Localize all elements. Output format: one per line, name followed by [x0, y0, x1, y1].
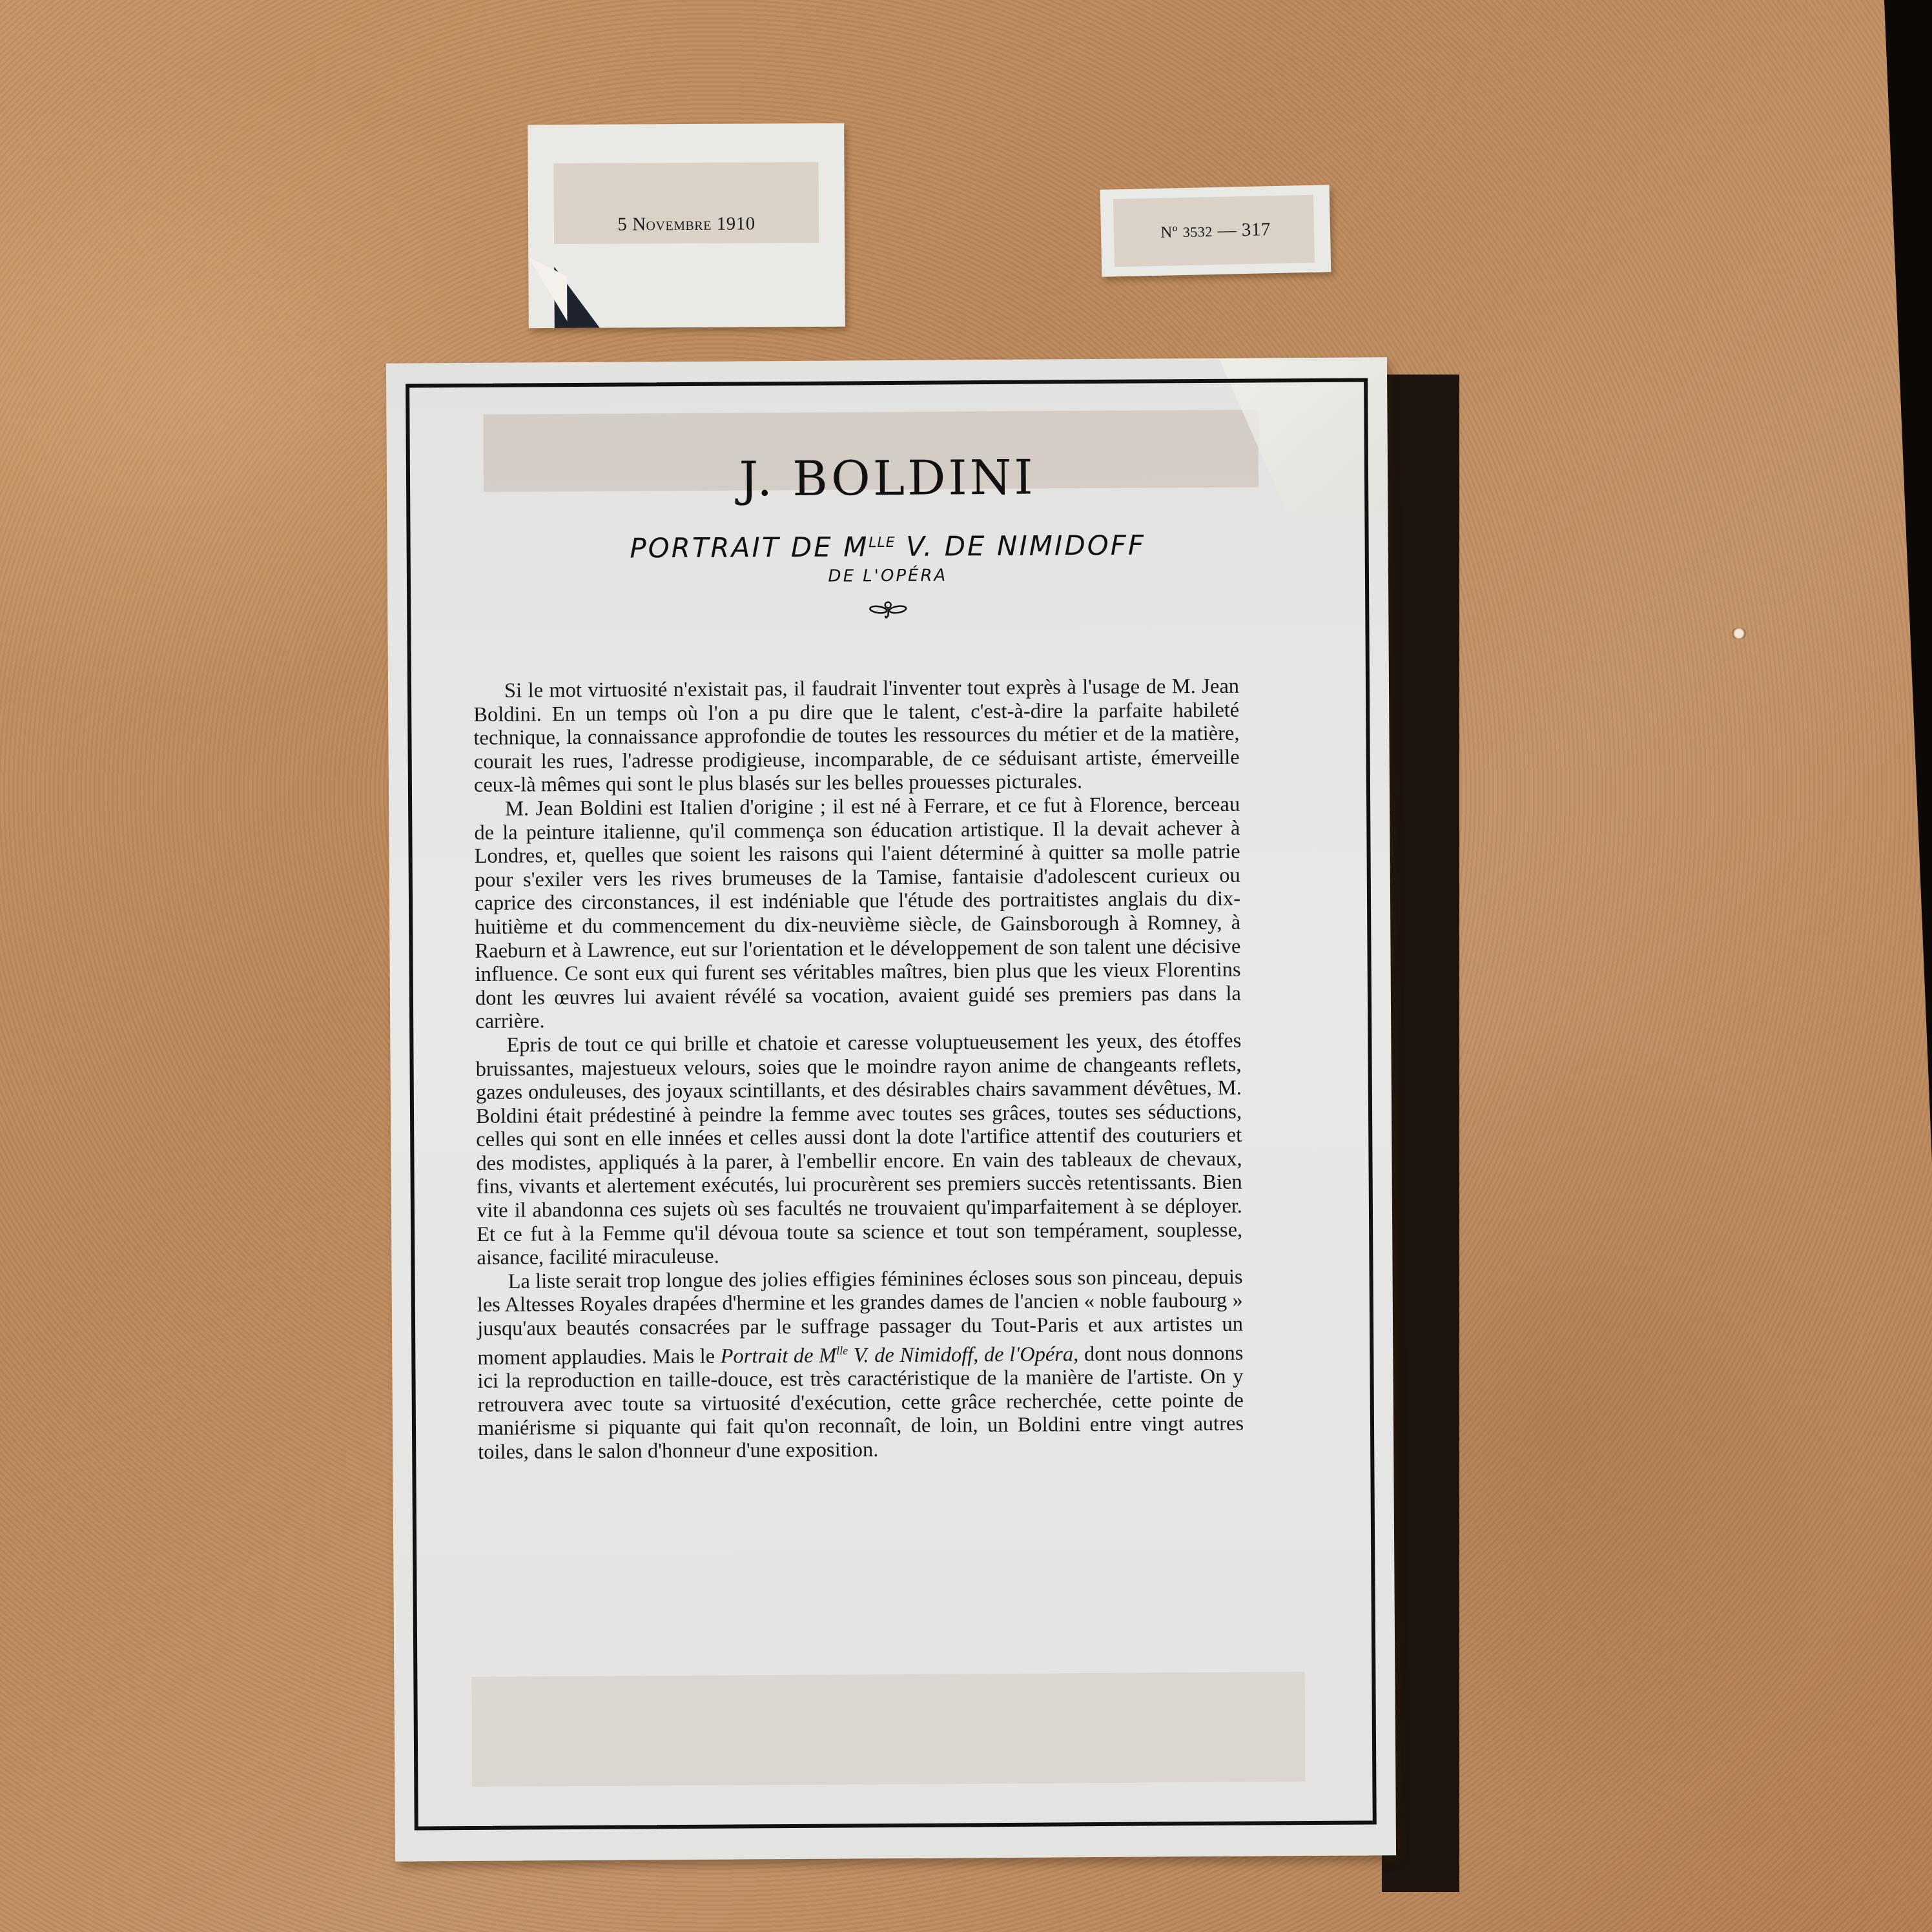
page-number: 317 — [1241, 219, 1271, 240]
date-text: 5 Novembre 1910 — [617, 213, 755, 235]
date-day: 5 — [617, 214, 627, 234]
paragraph: M. Jean Boldini est Italien d'origine ; … — [474, 793, 1241, 1034]
artist-name: J. BOLDINI — [387, 447, 1388, 509]
title-superscript: LLE — [868, 535, 896, 551]
date-clipping: 5 Novembre 1910 — [528, 123, 845, 329]
paragraph: Si le mot virtuosité n'existait pas, il … — [473, 675, 1240, 797]
paragraph: Epris de tout ce qui brille et chatoie e… — [475, 1029, 1242, 1270]
issue-number: 3532 — [1183, 223, 1213, 240]
article-header: J. BOLDINI PORTRAIT DE MLLE V. DE NIMIDO… — [387, 447, 1389, 624]
title-part: PORTRAIT DE M — [630, 531, 868, 564]
issue-text: Nº 3532 — 317 — [1160, 219, 1271, 243]
superscript: lle — [836, 1344, 848, 1357]
number-prefix: Nº — [1160, 223, 1178, 241]
date-year: 1910 — [717, 213, 755, 234]
text-run: V. de Nimidoff, de l'Opéra — [848, 1342, 1073, 1367]
artwork-title: PORTRAIT DE MLLE V. DE NIMIDOFF — [387, 528, 1388, 565]
artwork-reference: Portrait de Mlle V. de Nimidoff, de l'Op… — [721, 1342, 1074, 1368]
separator: — — [1217, 220, 1237, 241]
text-run: Portrait de M — [721, 1344, 837, 1368]
issue-number-clipping: Nº 3532 — 317 — [1100, 185, 1331, 276]
paragraph: La liste serait trop longue des jolies e… — [477, 1266, 1244, 1464]
date-month: Novembre — [632, 213, 712, 234]
board-puncture — [1731, 628, 1747, 639]
article-page: J. BOLDINI PORTRAIT DE MLLE V. DE NIMIDO… — [386, 357, 1396, 1861]
title-part: V. DE NIMIDOFF — [896, 529, 1146, 562]
fleuron-ornament-icon — [868, 600, 907, 619]
article-body: Si le mot virtuosité n'existait pas, il … — [473, 675, 1244, 1464]
artwork-subtitle: DE L'OPÉRA — [387, 563, 1388, 588]
